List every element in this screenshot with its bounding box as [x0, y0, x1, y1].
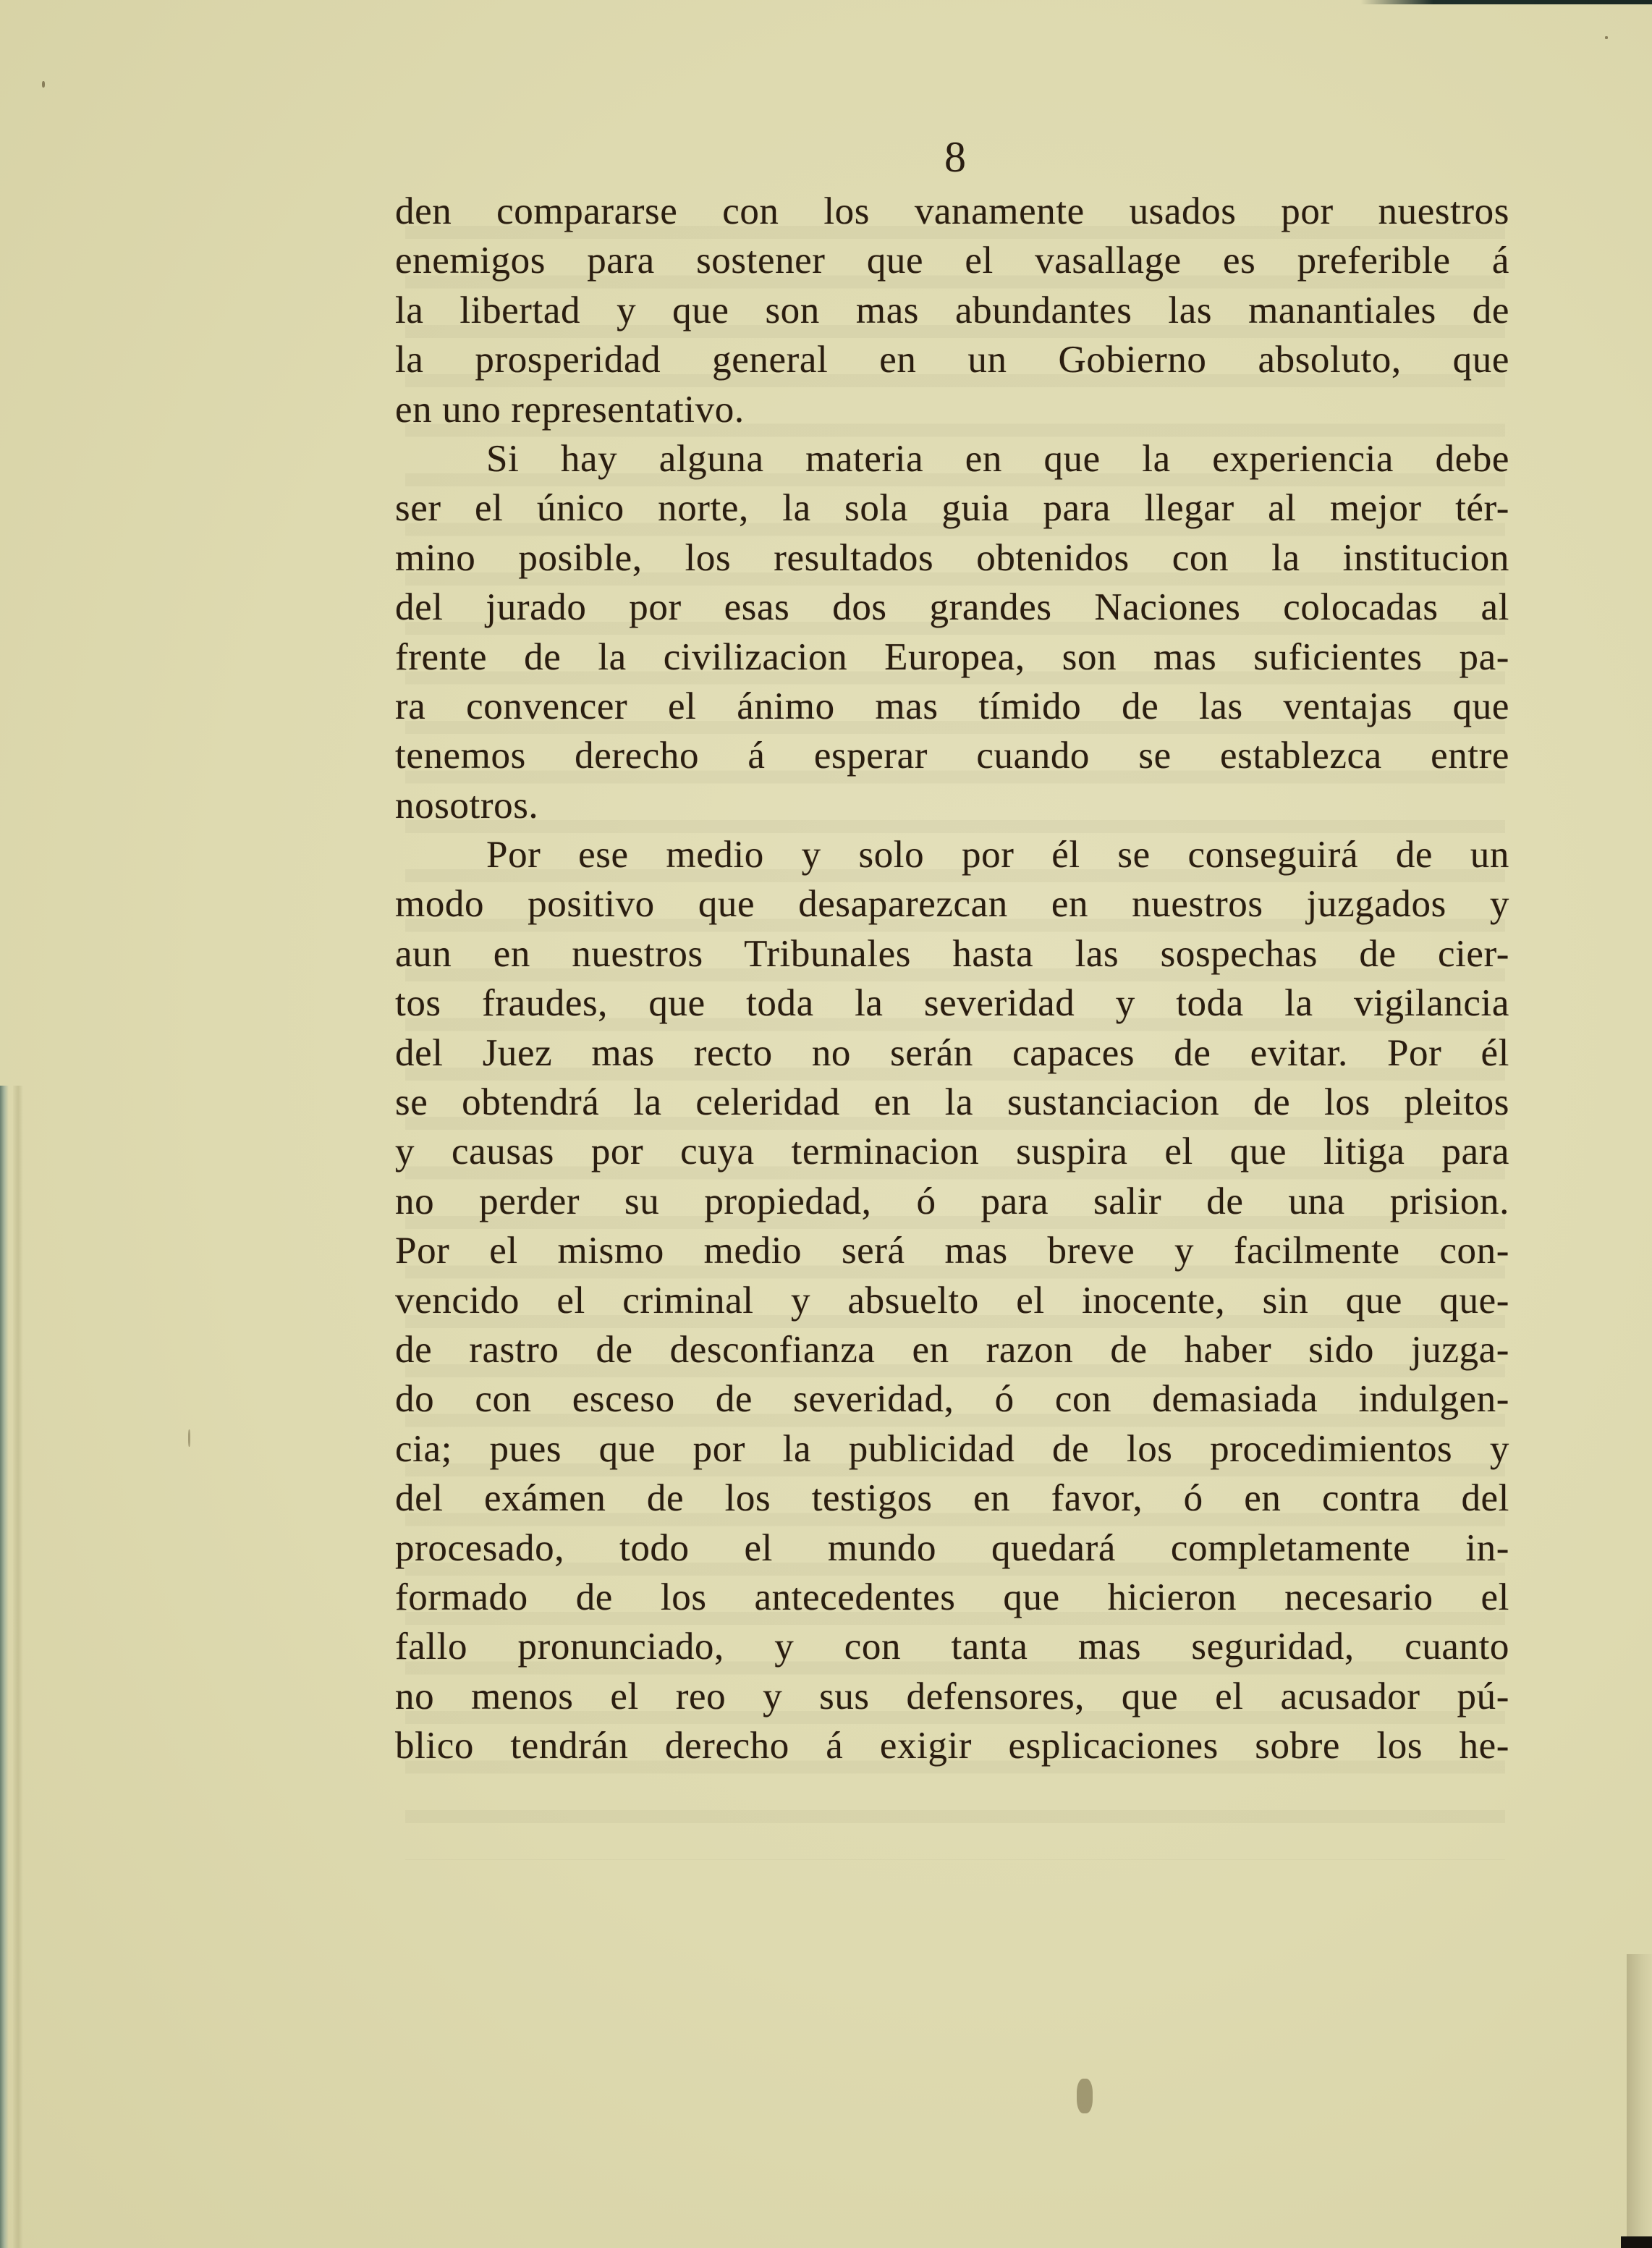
text-line: ra convencer el ánimo mas tímido de las …	[395, 682, 1509, 731]
paragraph-2: Si hay alguna materia en que la experien…	[395, 434, 1509, 830]
text-line: tenemos derecho á esperar cuando se esta…	[395, 731, 1509, 780]
text-line: cia; pues que por la publicidad de los p…	[395, 1424, 1509, 1474]
page-number: 8	[933, 132, 977, 182]
text-line: modo positivo que desaparezcan en nuestr…	[395, 879, 1509, 929]
text-line: Por el mismo medio será mas breve y faci…	[395, 1226, 1509, 1275]
text-line: frente de la civilizacion Europea, son m…	[395, 633, 1509, 682]
text-line: y causas por cuya terminacion suspira el…	[395, 1127, 1509, 1176]
text-line: la prosperidad general en un Gobierno ab…	[395, 335, 1509, 384]
text-line: enemigos para sostener que el vasallage …	[395, 236, 1509, 285]
text-line: formado de los antecedentes que hicieron…	[395, 1573, 1509, 1622]
paper-speck	[42, 81, 45, 88]
scanned-book-page: 8 den compararse con los vanamente usado…	[0, 0, 1652, 2248]
text-line: den compararse con los vanamente usados …	[395, 187, 1509, 236]
text-line: blico tendrán derecho á exigir esplicaci…	[395, 1721, 1509, 1770]
scan-border-bottom-right	[1621, 2236, 1652, 2248]
paper-speck	[1605, 36, 1608, 39]
text-line: del exámen de los testigos en favor, ó e…	[395, 1474, 1509, 1523]
scan-border-top	[1360, 0, 1652, 4]
text-line: vencido el criminal y absuelto el inocen…	[395, 1276, 1509, 1325]
text-line: se obtendrá la celeridad en la sustancia…	[395, 1078, 1509, 1127]
page-edge-right	[1627, 1954, 1652, 2248]
gutter-shadow-left	[0, 1086, 9, 2248]
text-line: Si hay alguna materia en que la experien…	[395, 434, 1509, 483]
text-line: no menos el reo y sus defensores, que el…	[395, 1672, 1509, 1721]
text-line: del Juez mas recto no serán capaces de e…	[395, 1028, 1509, 1078]
text-line: en uno representativo.	[395, 385, 1509, 434]
text-line: del jurado por esas dos grandes Naciones…	[395, 583, 1509, 632]
text-line: procesado, todo el mundo quedará complet…	[395, 1524, 1509, 1573]
text-line: mino posible, los resultados obtenidos c…	[395, 533, 1509, 583]
text-line: nosotros.	[395, 781, 1509, 830]
text-line: do con esceso de severidad, ó con demasi…	[395, 1374, 1509, 1424]
body-text: den compararse con los vanamente usados …	[395, 187, 1509, 1771]
paragraph-1: den compararse con los vanamente usados …	[395, 187, 1509, 434]
paragraph-3: Por ese medio y solo por él se conseguir…	[395, 830, 1509, 1770]
text-line: no perder su propiedad, ó para salir de …	[395, 1177, 1509, 1226]
page-fold-left	[13, 1086, 23, 2248]
paper-mark	[188, 1429, 190, 1447]
text-line: aun en nuestros Tribunales hasta las sos…	[395, 929, 1509, 979]
paper-stain	[1077, 2079, 1093, 2113]
text-line: fallo pronunciado, y con tanta mas segur…	[395, 1622, 1509, 1671]
text-line: ser el único norte, la sola guia para ll…	[395, 483, 1509, 533]
text-line: Por ese medio y solo por él se conseguir…	[395, 830, 1509, 879]
text-line: de rastro de desconfianza en razon de ha…	[395, 1325, 1509, 1374]
text-line: la libertad y que son mas abundantes las…	[395, 286, 1509, 335]
text-line: tos fraudes, que toda la severidad y tod…	[395, 979, 1509, 1028]
